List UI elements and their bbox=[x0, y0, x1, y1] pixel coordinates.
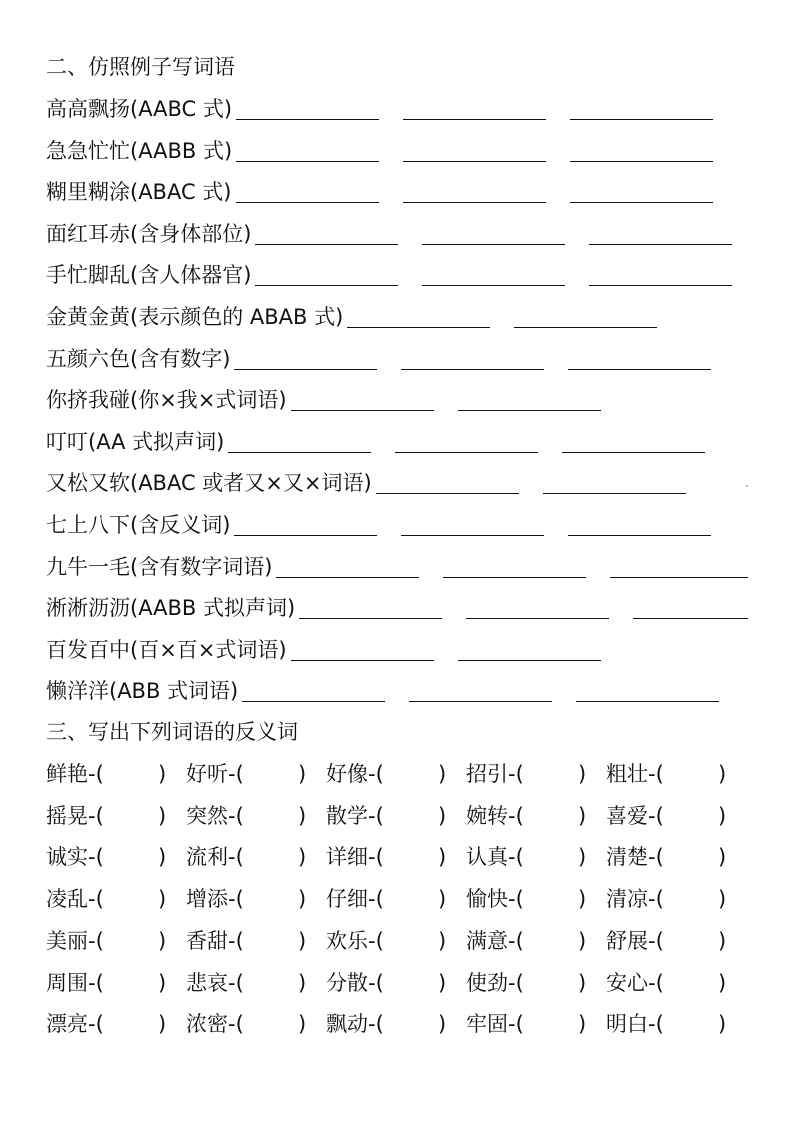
example-word: 九牛一毛 bbox=[46, 555, 130, 579]
antonym-item: 美丽-() bbox=[46, 926, 186, 956]
answer-blank[interactable] bbox=[403, 97, 546, 120]
antonym-word: 使劲 bbox=[466, 968, 508, 998]
example-word: 高高飘扬 bbox=[46, 97, 130, 121]
answer-blank[interactable] bbox=[291, 638, 434, 661]
answer-paren-open: -( bbox=[508, 926, 524, 956]
example-row: 懒洋洋(ABB 式词语) bbox=[46, 676, 719, 706]
example-label: 七上八下(含反义词) bbox=[46, 510, 230, 540]
antonym-item: 好像-() bbox=[326, 759, 466, 789]
antonym-word: 舒展 bbox=[606, 926, 648, 956]
answer-blank[interactable] bbox=[401, 347, 544, 370]
antonym-word: 欢乐 bbox=[326, 926, 368, 956]
example-label: 懒洋洋(ABB 式词语) bbox=[46, 676, 238, 706]
pattern-hint: (AA 式拟声词) bbox=[88, 430, 224, 454]
example-word: 你挤我碰 bbox=[46, 388, 130, 412]
answer-paren-close: ) bbox=[158, 968, 166, 998]
answer-blank[interactable] bbox=[236, 97, 379, 120]
answer-blank[interactable] bbox=[236, 180, 379, 203]
pattern-hint: (含有数字词语) bbox=[130, 555, 272, 579]
answer-paren-close: ) bbox=[298, 968, 306, 998]
example-label: 百发百中(百×百×式词语) bbox=[46, 635, 287, 665]
antonym-word: 婉转 bbox=[466, 801, 508, 831]
answer-paren-open: -( bbox=[648, 801, 664, 831]
example-label: 金黄金黄(表示颜色的 ABAB 式) bbox=[46, 302, 343, 332]
answer-blank[interactable] bbox=[376, 471, 519, 494]
antonym-word: 好像 bbox=[326, 759, 368, 789]
antonym-word: 周围 bbox=[46, 968, 88, 998]
antonym-word: 招引 bbox=[466, 759, 508, 789]
antonym-item: 明白-() bbox=[606, 1009, 746, 1039]
stray-mark bbox=[746, 485, 748, 487]
antonym-word: 好听 bbox=[186, 759, 228, 789]
antonym-word: 漂亮 bbox=[46, 1009, 88, 1039]
antonym-item: 悲哀-() bbox=[186, 968, 326, 998]
antonym-item: 增添-() bbox=[186, 884, 326, 914]
answer-blank[interactable] bbox=[458, 388, 601, 411]
antonym-item: 好听-() bbox=[186, 759, 326, 789]
antonym-word: 鲜艳 bbox=[46, 759, 88, 789]
example-label: 又松又软(ABAC 或者又×又×词语) bbox=[46, 468, 372, 498]
antonym-item: 分散-() bbox=[326, 968, 466, 998]
pattern-hint: (AABC 式) bbox=[130, 97, 232, 121]
example-row: 急急忙忙(AABB 式) bbox=[46, 136, 713, 166]
antonym-item: 招引-() bbox=[466, 759, 606, 789]
pattern-hint: (含人体器官) bbox=[130, 263, 251, 287]
example-word: 手忙脚乱 bbox=[46, 263, 130, 287]
answer-blank[interactable] bbox=[576, 679, 719, 702]
antonym-word: 飘动 bbox=[326, 1009, 368, 1039]
answer-blank[interactable] bbox=[403, 139, 546, 162]
answer-blank[interactable] bbox=[401, 513, 544, 536]
antonym-item: 牢固-() bbox=[466, 1009, 606, 1039]
answer-paren-close: ) bbox=[578, 926, 586, 956]
answer-paren-close: ) bbox=[298, 801, 306, 831]
example-row: 九牛一毛(含有数字词语) bbox=[46, 552, 748, 582]
antonym-word: 诚实 bbox=[46, 842, 88, 872]
pattern-hint: (百×百×式词语) bbox=[130, 638, 287, 662]
answer-blank[interactable] bbox=[570, 97, 713, 120]
answer-blank[interactable] bbox=[299, 596, 442, 619]
antonym-word: 仔细 bbox=[326, 884, 368, 914]
answer-blank[interactable] bbox=[633, 596, 748, 619]
antonym-item: 舒展-() bbox=[606, 926, 746, 956]
answer-paren-open: -( bbox=[508, 968, 524, 998]
antonym-item: 清楚-() bbox=[606, 842, 746, 872]
answer-blank[interactable] bbox=[291, 388, 434, 411]
answer-paren-close: ) bbox=[578, 1009, 586, 1039]
answer-paren-close: ) bbox=[718, 801, 726, 831]
example-label: 糊里糊涂(ABAC 式) bbox=[46, 177, 232, 207]
answer-blank[interactable] bbox=[568, 513, 711, 536]
pattern-hint: (AABB 式拟声词) bbox=[130, 596, 295, 620]
example-label: 面红耳赤(含身体部位) bbox=[46, 219, 251, 249]
answer-blank[interactable] bbox=[422, 222, 565, 245]
answer-paren-open: -( bbox=[228, 1009, 244, 1039]
example-label: 九牛一毛(含有数字词语) bbox=[46, 552, 272, 582]
answer-blank[interactable] bbox=[234, 513, 377, 536]
antonym-item: 散学-() bbox=[326, 801, 466, 831]
antonym-item: 清凉-() bbox=[606, 884, 746, 914]
antonym-item: 周围-() bbox=[46, 968, 186, 998]
answer-paren-open: -( bbox=[228, 968, 244, 998]
antonym-word: 详细 bbox=[326, 842, 368, 872]
answer-blank[interactable] bbox=[234, 347, 377, 370]
answer-paren-open: -( bbox=[508, 1009, 524, 1039]
answer-blank[interactable] bbox=[562, 430, 705, 453]
antonym-item: 欢乐-() bbox=[326, 926, 466, 956]
example-row: 又松又软(ABAC 或者又×又×词语) bbox=[46, 468, 686, 498]
answer-paren-close: ) bbox=[578, 801, 586, 831]
answer-blank[interactable] bbox=[610, 555, 748, 578]
answer-paren-close: ) bbox=[718, 759, 726, 789]
answer-paren-open: -( bbox=[648, 884, 664, 914]
pattern-hint: (含反义词) bbox=[130, 513, 230, 537]
example-word: 糊里糊涂 bbox=[46, 180, 130, 204]
answer-paren-open: -( bbox=[88, 884, 104, 914]
pattern-hint: (表示颜色的 ABAB 式) bbox=[130, 305, 343, 329]
example-label: 淅淅沥沥(AABB 式拟声词) bbox=[46, 593, 295, 623]
antonym-word: 流利 bbox=[186, 842, 228, 872]
example-word: 面红耳赤 bbox=[46, 222, 130, 246]
answer-paren-open: -( bbox=[368, 884, 384, 914]
answer-paren-open: -( bbox=[368, 801, 384, 831]
answer-paren-close: ) bbox=[298, 884, 306, 914]
example-word: 金黄金黄 bbox=[46, 305, 130, 329]
answer-paren-open: -( bbox=[228, 884, 244, 914]
answer-paren-open: -( bbox=[88, 1009, 104, 1039]
answer-paren-close: ) bbox=[718, 884, 726, 914]
answer-blank[interactable] bbox=[276, 555, 419, 578]
antonym-item: 认真-() bbox=[466, 842, 606, 872]
answer-paren-close: ) bbox=[158, 1009, 166, 1039]
answer-blank[interactable] bbox=[570, 180, 713, 203]
answer-blank[interactable] bbox=[255, 263, 398, 286]
antonym-item: 香甜-() bbox=[186, 926, 326, 956]
answer-paren-close: ) bbox=[298, 842, 306, 872]
antonym-word: 明白 bbox=[606, 1009, 648, 1039]
example-label: 你挤我碰(你×我×式词语) bbox=[46, 385, 287, 415]
answer-paren-close: ) bbox=[578, 842, 586, 872]
example-word: 七上八下 bbox=[46, 513, 130, 537]
example-row: 七上八下(含反义词) bbox=[46, 510, 711, 540]
antonym-item: 漂亮-() bbox=[46, 1009, 186, 1039]
section3-title-text: 三、写出下列词语的反义词 bbox=[46, 720, 298, 744]
antonym-item: 飘动-() bbox=[326, 1009, 466, 1039]
example-row: 淅淅沥沥(AABB 式拟声词) bbox=[46, 593, 748, 623]
answer-paren-close: ) bbox=[438, 801, 446, 831]
answer-blank[interactable] bbox=[443, 555, 586, 578]
answer-paren-open: -( bbox=[368, 842, 384, 872]
answer-paren-close: ) bbox=[158, 926, 166, 956]
answer-blank[interactable] bbox=[422, 263, 565, 286]
antonym-word: 认真 bbox=[466, 842, 508, 872]
answer-blank[interactable] bbox=[395, 430, 538, 453]
example-word: 又松又软 bbox=[46, 471, 130, 495]
answer-paren-close: ) bbox=[578, 968, 586, 998]
antonym-word: 美丽 bbox=[46, 926, 88, 956]
antonym-word: 香甜 bbox=[186, 926, 228, 956]
pattern-hint: (含有数字) bbox=[130, 347, 230, 371]
antonym-word: 清楚 bbox=[606, 842, 648, 872]
antonym-word: 突然 bbox=[186, 801, 228, 831]
answer-paren-close: ) bbox=[298, 1009, 306, 1039]
example-word: 叮叮 bbox=[46, 430, 88, 454]
antonym-word: 分散 bbox=[326, 968, 368, 998]
answer-paren-close: ) bbox=[718, 842, 726, 872]
antonym-item: 诚实-() bbox=[46, 842, 186, 872]
answer-paren-close: ) bbox=[158, 759, 166, 789]
answer-blank[interactable] bbox=[347, 305, 490, 328]
antonym-word: 浓密 bbox=[186, 1009, 228, 1039]
antonym-word: 粗壮 bbox=[606, 759, 648, 789]
pattern-hint: (含身体部位) bbox=[130, 222, 251, 246]
example-row: 金黄金黄(表示颜色的 ABAB 式) bbox=[46, 302, 657, 332]
answer-blank[interactable] bbox=[466, 596, 609, 619]
pattern-hint: (ABAC 或者又×又×词语) bbox=[130, 471, 372, 495]
answer-paren-open: -( bbox=[88, 926, 104, 956]
antonym-item: 鲜艳-() bbox=[46, 759, 186, 789]
answer-paren-open: -( bbox=[368, 926, 384, 956]
section2-title-text: 二、仿照例子写词语 bbox=[46, 55, 235, 79]
answer-blank[interactable] bbox=[236, 139, 379, 162]
answer-blank[interactable] bbox=[589, 263, 732, 286]
answer-blank[interactable] bbox=[228, 430, 371, 453]
answer-paren-open: -( bbox=[88, 759, 104, 789]
antonym-item: 突然-() bbox=[186, 801, 326, 831]
answer-paren-close: ) bbox=[718, 968, 726, 998]
answer-blank[interactable] bbox=[458, 638, 601, 661]
example-word: 急急忙忙 bbox=[46, 139, 130, 163]
antonym-word: 凌乱 bbox=[46, 884, 88, 914]
answer-paren-open: -( bbox=[228, 759, 244, 789]
answer-blank[interactable] bbox=[242, 679, 385, 702]
answer-paren-open: -( bbox=[368, 759, 384, 789]
answer-paren-open: -( bbox=[508, 801, 524, 831]
example-row: 你挤我碰(你×我×式词语) bbox=[46, 385, 601, 415]
antonym-item: 凌乱-() bbox=[46, 884, 186, 914]
answer-blank[interactable] bbox=[589, 222, 732, 245]
example-word: 淅淅沥沥 bbox=[46, 596, 130, 620]
antonym-item: 浓密-() bbox=[186, 1009, 326, 1039]
antonym-word: 愉快 bbox=[466, 884, 508, 914]
pattern-hint: (你×我×式词语) bbox=[130, 388, 287, 412]
antonym-word: 喜爱 bbox=[606, 801, 648, 831]
answer-paren-open: -( bbox=[368, 968, 384, 998]
answer-paren-close: ) bbox=[158, 842, 166, 872]
answer-paren-close: ) bbox=[438, 842, 446, 872]
answer-paren-open: -( bbox=[648, 1009, 664, 1039]
answer-paren-close: ) bbox=[298, 926, 306, 956]
answer-paren-close: ) bbox=[718, 926, 726, 956]
answer-blank[interactable] bbox=[409, 679, 552, 702]
answer-paren-close: ) bbox=[298, 759, 306, 789]
answer-paren-open: -( bbox=[228, 926, 244, 956]
answer-paren-close: ) bbox=[718, 1009, 726, 1039]
answer-blank[interactable] bbox=[255, 222, 398, 245]
antonym-item: 安心-() bbox=[606, 968, 746, 998]
answer-paren-close: ) bbox=[438, 1009, 446, 1039]
antonym-item: 使劲-() bbox=[466, 968, 606, 998]
answer-paren-open: -( bbox=[648, 759, 664, 789]
antonym-item: 粗壮-() bbox=[606, 759, 746, 789]
answer-paren-open: -( bbox=[508, 884, 524, 914]
example-label: 叮叮(AA 式拟声词) bbox=[46, 427, 224, 457]
antonym-word: 散学 bbox=[326, 801, 368, 831]
answer-blank[interactable] bbox=[403, 180, 546, 203]
antonym-item: 婉转-() bbox=[466, 801, 606, 831]
answer-paren-close: ) bbox=[158, 884, 166, 914]
antonym-word: 安心 bbox=[606, 968, 648, 998]
answer-paren-open: -( bbox=[508, 759, 524, 789]
example-row: 面红耳赤(含身体部位) bbox=[46, 219, 732, 249]
answer-paren-open: -( bbox=[228, 801, 244, 831]
example-row: 高高飘扬(AABC 式) bbox=[46, 94, 713, 124]
answer-blank[interactable] bbox=[570, 139, 713, 162]
worksheet-page: 二、仿照例子写词语 高高飘扬(AABC 式)急急忙忙(AABB 式)糊里糊涂(A… bbox=[0, 0, 748, 1122]
antonym-word: 摇晃 bbox=[46, 801, 88, 831]
answer-paren-open: -( bbox=[228, 842, 244, 872]
answer-paren-open: -( bbox=[648, 968, 664, 998]
antonym-item: 详细-() bbox=[326, 842, 466, 872]
example-label: 五颜六色(含有数字) bbox=[46, 344, 230, 374]
antonym-word: 悲哀 bbox=[186, 968, 228, 998]
example-label: 高高飘扬(AABC 式) bbox=[46, 94, 232, 124]
answer-paren-close: ) bbox=[438, 926, 446, 956]
example-row: 五颜六色(含有数字) bbox=[46, 344, 711, 374]
example-word: 五颜六色 bbox=[46, 347, 130, 371]
pattern-hint: (AABB 式) bbox=[130, 139, 232, 163]
answer-paren-close: ) bbox=[578, 759, 586, 789]
example-row: 百发百中(百×百×式词语) bbox=[46, 635, 601, 665]
answer-paren-open: -( bbox=[88, 801, 104, 831]
antonym-item: 流利-() bbox=[186, 842, 326, 872]
answer-paren-open: -( bbox=[648, 926, 664, 956]
example-word: 百发百中 bbox=[46, 638, 130, 662]
answer-paren-close: ) bbox=[438, 968, 446, 998]
antonym-item: 满意-() bbox=[466, 926, 606, 956]
answer-paren-close: ) bbox=[438, 759, 446, 789]
antonym-item: 摇晃-() bbox=[46, 801, 186, 831]
answer-paren-open: -( bbox=[88, 842, 104, 872]
section2-title: 二、仿照例子写词语 bbox=[46, 52, 235, 82]
antonym-item: 仔细-() bbox=[326, 884, 466, 914]
answer-paren-close: ) bbox=[158, 801, 166, 831]
antonym-word: 增添 bbox=[186, 884, 228, 914]
answer-blank[interactable] bbox=[568, 347, 711, 370]
answer-paren-open: -( bbox=[88, 968, 104, 998]
antonym-word: 满意 bbox=[466, 926, 508, 956]
answer-blank[interactable] bbox=[543, 471, 686, 494]
pattern-hint: (ABAC 式) bbox=[130, 180, 232, 204]
example-label: 急急忙忙(AABB 式) bbox=[46, 136, 232, 166]
answer-paren-close: ) bbox=[438, 884, 446, 914]
answer-paren-close: ) bbox=[578, 884, 586, 914]
answer-paren-open: -( bbox=[368, 1009, 384, 1039]
example-row: 叮叮(AA 式拟声词) bbox=[46, 427, 705, 457]
pattern-hint: (ABB 式词语) bbox=[109, 679, 238, 703]
example-row: 糊里糊涂(ABAC 式) bbox=[46, 177, 713, 207]
section3-title: 三、写出下列词语的反义词 bbox=[46, 717, 298, 747]
antonym-word: 牢固 bbox=[466, 1009, 508, 1039]
antonym-word: 清凉 bbox=[606, 884, 648, 914]
example-word: 懒洋洋 bbox=[46, 679, 109, 703]
antonym-item: 愉快-() bbox=[466, 884, 606, 914]
answer-paren-open: -( bbox=[508, 842, 524, 872]
answer-paren-open: -( bbox=[648, 842, 664, 872]
example-row: 手忙脚乱(含人体器官) bbox=[46, 260, 732, 290]
answer-blank[interactable] bbox=[514, 305, 657, 328]
antonym-item: 喜爱-() bbox=[606, 801, 746, 831]
example-label: 手忙脚乱(含人体器官) bbox=[46, 260, 251, 290]
